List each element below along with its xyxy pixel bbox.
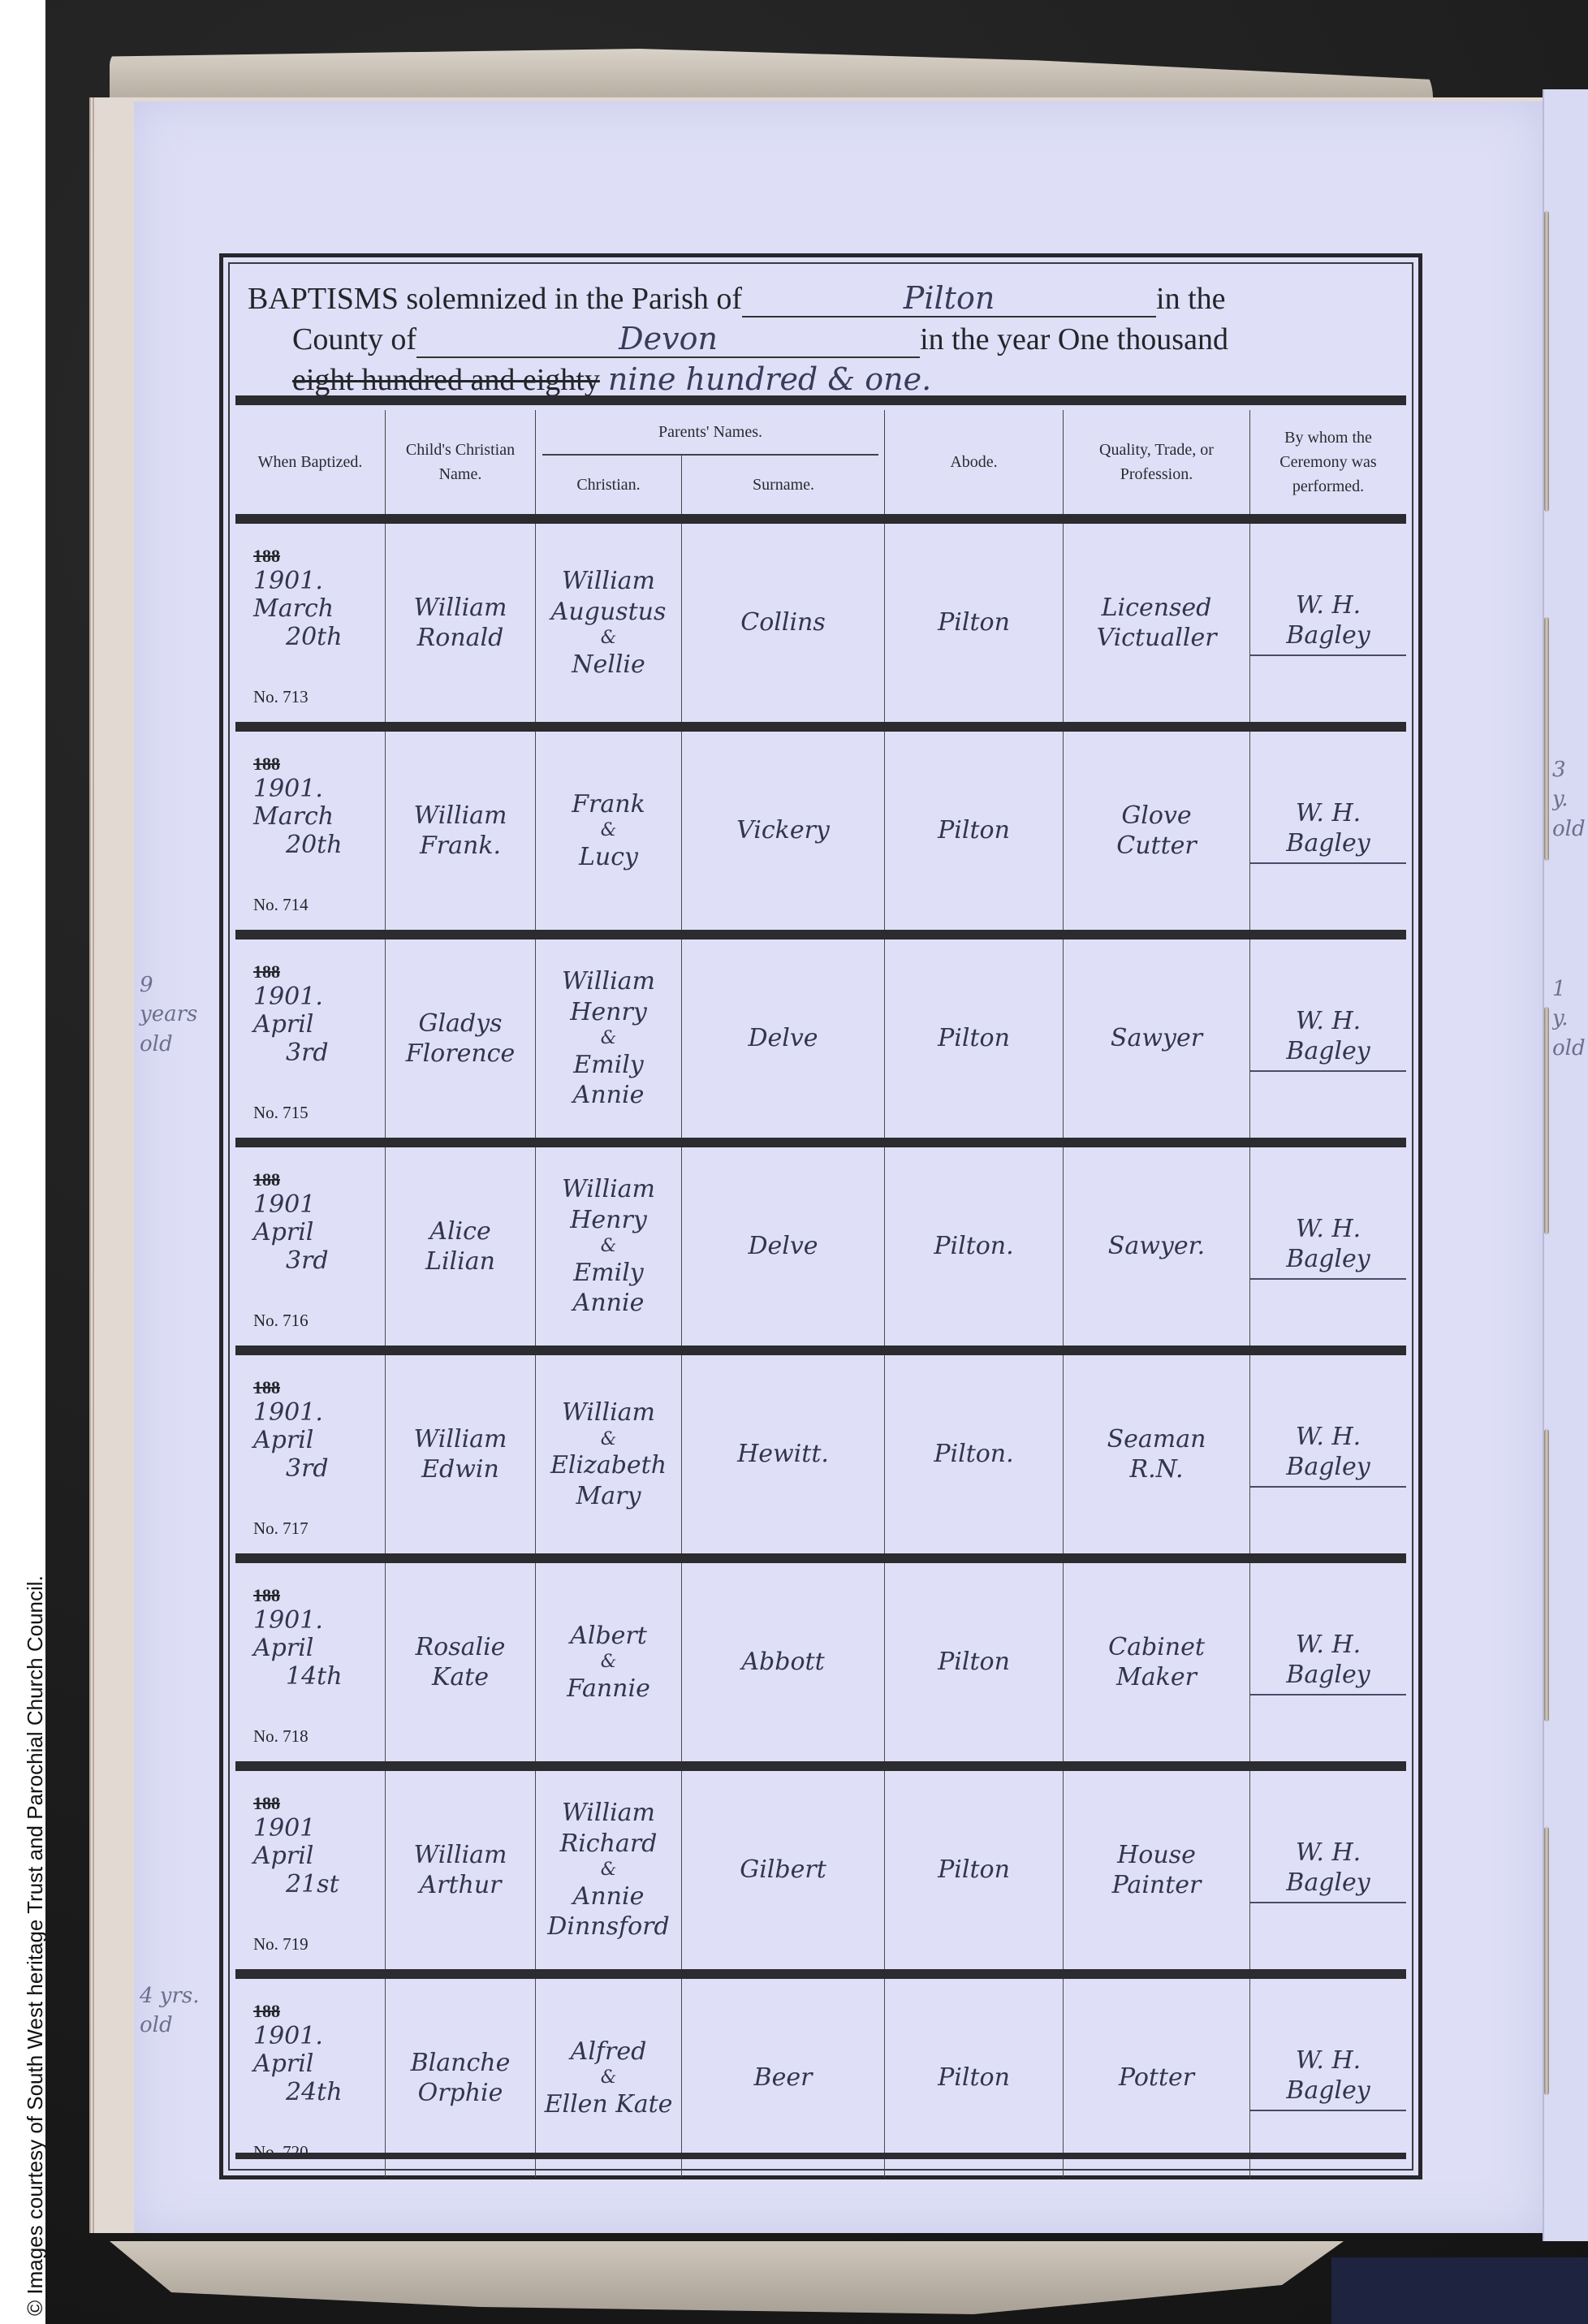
- struck-printed-year: eight hundred and eighty: [292, 363, 600, 397]
- cell-when-baptized: 188 1901 April 3rd No. 716: [235, 1147, 386, 1346]
- cell-abode: Pilton: [885, 1771, 1064, 1969]
- cell-parents-christian: Frank & Lucy: [536, 732, 682, 930]
- entry-number: No. 720: [253, 2141, 309, 2162]
- handwritten-line: Blanche: [411, 2048, 511, 2079]
- header-child-name: Child's Christian Name.: [386, 410, 536, 514]
- baptism-year: 1901.: [253, 983, 323, 1012]
- baptism-month: April: [253, 1842, 313, 1871]
- facing-page-edge: [1543, 89, 1588, 2241]
- cell-parents-christian: William & Elizabeth Mary: [536, 1355, 682, 1553]
- cell-child-name: WilliamEdwin: [386, 1355, 536, 1553]
- handwritten-line: House: [1117, 1840, 1196, 1871]
- abode: Pilton.: [934, 1439, 1013, 1470]
- handwritten-line: Lilian: [425, 1246, 495, 1277]
- ampersand: &: [601, 819, 617, 842]
- handwritten-line: Licensed: [1102, 593, 1212, 624]
- baptism-year: 1901.: [253, 2023, 323, 2051]
- baptism-month: March: [253, 595, 334, 624]
- handwritten-line: Sawyer.: [1108, 1231, 1205, 1262]
- cell-officiant: W. H. Bagley: [1250, 524, 1406, 722]
- baptism-day: 24th: [253, 2079, 343, 2107]
- header-parents-surname: Surname.: [682, 456, 885, 514]
- cell-trade: CabinetMaker: [1064, 1563, 1250, 1761]
- register-heading: BAPTISMS solemnized in the Parish ofPilt…: [248, 274, 1392, 395]
- officiant-signature: W. H. Bagley: [1250, 1630, 1406, 1695]
- cell-trade: LicensedVictualler: [1064, 524, 1250, 722]
- baptism-year: 1901: [253, 1191, 315, 1220]
- ampersand: &: [601, 1428, 617, 1451]
- surname: Hewitt.: [737, 1439, 829, 1470]
- cell-surname: Abbott: [682, 1563, 885, 1761]
- cell-officiant: W. H. Bagley: [1250, 1771, 1406, 1969]
- baptism-month: April: [253, 1427, 313, 1455]
- abode: Pilton: [938, 815, 1010, 846]
- cell-parents-christian: Alfred & Ellen Kate: [536, 1979, 682, 2177]
- row-rule: [235, 1761, 1406, 1771]
- parent-1-name: Alfred: [571, 2037, 647, 2067]
- officiant-signature: W. H. Bagley: [1250, 798, 1406, 864]
- copyright-notice: © Images courtesy of South West heritage…: [23, 1382, 48, 2316]
- officiant-signature: W. H. Bagley: [1250, 590, 1406, 656]
- header-abode: Abode.: [885, 410, 1064, 514]
- year-field: nine hundred & one.: [600, 361, 990, 399]
- parent-2-name: Elizabeth Mary: [536, 1450, 681, 1511]
- row-rule: [235, 514, 1406, 524]
- cell-trade: GloveCutter: [1064, 732, 1250, 930]
- cell-abode: Pilton: [885, 524, 1064, 722]
- entry-number: No. 717: [253, 1518, 309, 1539]
- officiant-signature: W. H. Bagley: [1250, 1838, 1406, 1903]
- cell-officiant: W. H. Bagley: [1250, 732, 1406, 930]
- cell-child-name: WilliamArthur: [386, 1771, 536, 1969]
- heading-text: in the: [1156, 282, 1225, 316]
- cell-trade: Sawyer: [1064, 940, 1250, 1138]
- margin-note-age: 3 y. old: [1552, 755, 1588, 844]
- handwritten-line: William: [413, 593, 507, 624]
- row-rule: [235, 722, 1406, 732]
- ampersand: &: [601, 2067, 617, 2089]
- handwritten-line: Cutter: [1116, 831, 1196, 862]
- table-bottom-rule: [235, 2153, 1406, 2159]
- cell-officiant: W. H. Bagley: [1250, 1355, 1406, 1553]
- handwritten-line: William: [413, 1424, 507, 1455]
- handwritten-line: Kate: [432, 1662, 489, 1693]
- margin-note-age: 4 yrs. old: [140, 1981, 213, 2041]
- cell-abode: Pilton: [885, 1979, 1064, 2177]
- margin-note-age: 9 years old: [140, 970, 213, 1059]
- baptism-year: 1901.: [253, 775, 323, 804]
- cell-when-baptized: 188 1901 April 21st No. 719: [235, 1771, 386, 1969]
- cell-abode: Pilton.: [885, 1147, 1064, 1346]
- cell-surname: Delve: [682, 940, 885, 1138]
- struck-printed-year: 188: [253, 961, 280, 983]
- cell-abode: Pilton: [885, 940, 1064, 1138]
- cell-child-name: RosalieKate: [386, 1563, 536, 1761]
- cell-parents-christian: Albert & Fannie: [536, 1563, 682, 1761]
- struck-printed-year: 188: [253, 753, 280, 775]
- ampersand: &: [601, 1027, 617, 1050]
- struck-printed-year: 188: [253, 1584, 280, 1607]
- heading-rule: [235, 395, 1406, 405]
- handwritten-line: Glove: [1121, 801, 1191, 832]
- heading-line-county: County ofDevonin the year One thousand: [292, 321, 1228, 358]
- entry-number: No. 714: [253, 894, 309, 915]
- header-parents-christian: Christian.: [536, 456, 682, 514]
- table-row: 188 1901. April 24th No. 720 BlancheOrph…: [235, 1969, 1406, 2177]
- handwritten-line: Sawyer: [1111, 1023, 1202, 1054]
- ampersand: &: [601, 1859, 617, 1881]
- handwritten-line: William: [413, 801, 507, 832]
- entry-number: No. 719: [253, 1933, 309, 1955]
- surname: Delve: [748, 1023, 818, 1054]
- handwritten-line: Frank.: [420, 831, 501, 862]
- handwritten-line: Arthur: [419, 1870, 501, 1901]
- baptism-year: 1901: [253, 1815, 315, 1843]
- cell-trade: Sawyer.: [1064, 1147, 1250, 1346]
- table-row: 188 1901 April 21st No. 719 WilliamArthu…: [235, 1761, 1406, 1969]
- column-headers: When Baptized. Child's Christian Name. P…: [235, 410, 1406, 514]
- handwritten-line: R.N.: [1130, 1454, 1184, 1485]
- copyright-strip: © Images courtesy of South West heritage…: [0, 0, 45, 2324]
- cell-surname: Hewitt.: [682, 1355, 885, 1553]
- ampersand: &: [601, 627, 617, 650]
- surname: Beer: [754, 2063, 813, 2093]
- table-row: 188 1901 April 3rd No. 716 AliceLilian W…: [235, 1138, 1406, 1346]
- cell-officiant: W. H. Bagley: [1250, 1147, 1406, 1346]
- handwritten-line: Maker: [1116, 1662, 1197, 1693]
- book-cover-corner: [1331, 2257, 1588, 2324]
- handwritten-line: William: [413, 1840, 507, 1871]
- baptism-register-table: BAPTISMS solemnized in the Parish ofPilt…: [219, 253, 1422, 2179]
- handwritten-line: Florence: [406, 1039, 515, 1069]
- heading-text: in the year One thousand: [920, 322, 1228, 356]
- parent-1-name: Frank: [572, 789, 645, 820]
- header-officiant: By whom the Ceremony was performed.: [1250, 410, 1406, 514]
- baptism-day: 14th: [253, 1663, 343, 1691]
- handwritten-line: Cabinet: [1108, 1632, 1205, 1663]
- cell-officiant: W. H. Bagley: [1250, 940, 1406, 1138]
- baptism-month: April: [253, 1011, 313, 1039]
- binding-stitch: [1544, 211, 1549, 512]
- table-row: 188 1901. April 3rd No. 717 WilliamEdwin…: [235, 1346, 1406, 1553]
- surname: Gilbert: [740, 1855, 826, 1886]
- table-row: 188 1901. March 20th No. 714 WilliamFran…: [235, 722, 1406, 930]
- cell-abode: Pilton: [885, 732, 1064, 930]
- header-trade: Quality, Trade, or Profession.: [1064, 410, 1250, 514]
- surname: Collins: [740, 607, 826, 638]
- cell-when-baptized: 188 1901. April 14th No. 718: [235, 1563, 386, 1761]
- cell-abode: Pilton.: [885, 1355, 1064, 1553]
- surname: Vickery: [736, 815, 830, 846]
- parent-2-name: Ellen Kate: [545, 2089, 673, 2120]
- cell-surname: Collins: [682, 524, 885, 722]
- cell-surname: Delve: [682, 1147, 885, 1346]
- handwritten-line: Potter: [1119, 2063, 1194, 2093]
- entry-number: No. 716: [253, 1310, 309, 1331]
- cell-child-name: AliceLilian: [386, 1147, 536, 1346]
- entry-number: No. 713: [253, 686, 309, 707]
- parent-2-name: Fannie: [567, 1674, 650, 1704]
- cell-abode: Pilton: [885, 1563, 1064, 1761]
- cell-when-baptized: 188 1901. April 3rd No. 717: [235, 1355, 386, 1553]
- cell-officiant: W. H. Bagley: [1250, 1979, 1406, 2177]
- handwritten-line: Rosalie: [416, 1632, 506, 1663]
- abode: Pilton: [938, 1647, 1010, 1678]
- table-row: 188 1901. March 20th No. 713 WilliamRona…: [235, 514, 1406, 722]
- handwritten-line: Ronald: [417, 623, 504, 654]
- cell-child-name: WilliamFrank.: [386, 732, 536, 930]
- parent-2-name: Emily Annie: [536, 1050, 681, 1111]
- row-rule: [235, 1138, 1406, 1147]
- baptism-month: April: [253, 1219, 313, 1247]
- baptism-day: 20th: [253, 832, 343, 860]
- cell-child-name: GladysFlorence: [386, 940, 536, 1138]
- parent-1-name: William Henry: [536, 1174, 681, 1235]
- cell-when-baptized: 188 1901. April 24th No. 720: [235, 1979, 386, 2177]
- officiant-signature: W. H. Bagley: [1250, 2045, 1406, 2111]
- binding-stitch: [1544, 1429, 1549, 1721]
- handwritten-line: Painter: [1112, 1870, 1202, 1901]
- parent-2-name: Emily Annie: [536, 1258, 681, 1319]
- ampersand: &: [601, 1235, 617, 1258]
- struck-printed-year: 188: [253, 1792, 280, 1815]
- header-parents-group: Parents' Names. Christian. Surname.: [536, 410, 885, 514]
- baptism-year: 1901.: [253, 1607, 323, 1635]
- struck-printed-year: 188: [253, 545, 280, 568]
- entry-number: No. 715: [253, 1102, 309, 1123]
- cell-when-baptized: 188 1901. March 20th No. 714: [235, 732, 386, 930]
- row-rule: [235, 1553, 1406, 1563]
- abode: Pilton: [938, 2063, 1010, 2093]
- heading-line-parish: BAPTISMS solemnized in the Parish ofPilt…: [248, 280, 1226, 317]
- cell-surname: Beer: [682, 1979, 885, 2177]
- surname: Delve: [748, 1231, 818, 1262]
- handwritten-line: Orphie: [418, 2078, 503, 2109]
- cell-trade: Potter: [1064, 1979, 1250, 2177]
- struck-printed-year: 188: [253, 2000, 280, 2023]
- binding-stitch: [1544, 1007, 1549, 1234]
- baptism-day: 21st: [253, 1871, 339, 1899]
- binding-stitch: [1544, 617, 1549, 861]
- header-when-baptized: When Baptized.: [235, 410, 386, 514]
- baptism-day: 20th: [253, 624, 343, 652]
- ampersand: &: [601, 1651, 617, 1674]
- table-row: 188 1901. April 3rd No. 715 GladysFloren…: [235, 930, 1406, 1138]
- baptism-year: 1901.: [253, 568, 323, 596]
- abode: Pilton.: [934, 1231, 1013, 1262]
- parent-1-name: William Richard: [536, 1798, 681, 1859]
- baptism-day: 3rd: [253, 1247, 329, 1276]
- abode: Pilton: [938, 1023, 1010, 1054]
- cell-trade: HousePainter: [1064, 1771, 1250, 1969]
- parent-2-name: Nellie: [572, 650, 645, 680]
- baptism-month: April: [253, 2050, 313, 2079]
- cell-when-baptized: 188 1901. March 20th No. 713: [235, 524, 386, 722]
- parent-1-name: Albert: [570, 1621, 647, 1652]
- cell-parents-christian: William Augustus & Nellie: [536, 524, 682, 722]
- cell-trade: SeamanR.N.: [1064, 1355, 1250, 1553]
- abode: Pilton: [938, 1855, 1010, 1886]
- handwritten-line: Edwin: [421, 1454, 499, 1485]
- baptism-day: 3rd: [253, 1039, 329, 1068]
- cell-surname: Gilbert: [682, 1771, 885, 1969]
- table-row: 188 1901. April 14th No. 718 RosalieKate…: [235, 1553, 1406, 1761]
- cell-parents-christian: William Henry & Emily Annie: [536, 940, 682, 1138]
- heading-line-year: eight hundred and eightynine hundred & o…: [292, 361, 990, 399]
- officiant-signature: W. H. Bagley: [1250, 1422, 1406, 1488]
- cell-surname: Vickery: [682, 732, 885, 930]
- handwritten-line: Seaman: [1107, 1424, 1206, 1455]
- heading-text: BAPTISMS solemnized in the Parish of: [248, 282, 742, 316]
- abode: Pilton: [938, 607, 1010, 638]
- cell-officiant: W. H. Bagley: [1250, 1563, 1406, 1761]
- handwritten-line: Alice: [429, 1216, 490, 1247]
- struck-printed-year: 188: [253, 1168, 280, 1191]
- parent-2-name: Lucy: [579, 842, 638, 873]
- baptism-month: March: [253, 803, 334, 832]
- parent-1-name: William Henry: [536, 966, 681, 1027]
- parent-1-name: William Augustus: [536, 566, 681, 627]
- margin-note-age: 1 y. old: [1552, 974, 1588, 1063]
- baptism-year: 1901.: [253, 1399, 323, 1428]
- heading-text: County of: [292, 322, 416, 356]
- struck-printed-year: 188: [253, 1376, 280, 1399]
- parent-2-name: Annie Dinnsford: [536, 1881, 681, 1942]
- cell-parents-christian: William Henry & Emily Annie: [536, 1147, 682, 1346]
- county-field: Devon: [416, 321, 920, 358]
- row-rule: [235, 930, 1406, 940]
- handwritten-line: Gladys: [419, 1009, 503, 1039]
- officiant-signature: W. H. Bagley: [1250, 1214, 1406, 1280]
- cell-parents-christian: William Richard & Annie Dinnsford: [536, 1771, 682, 1969]
- cell-child-name: BlancheOrphie: [386, 1979, 536, 2177]
- entry-number: No. 718: [253, 1726, 309, 1747]
- row-rule: [235, 1969, 1406, 1979]
- handwritten-line: Victualler: [1096, 623, 1216, 654]
- cell-when-baptized: 188 1901. April 3rd No. 715: [235, 940, 386, 1138]
- binding-stitch: [1544, 1827, 1549, 2095]
- officiant-signature: W. H. Bagley: [1250, 1006, 1406, 1072]
- row-rule: [235, 1346, 1406, 1355]
- parish-field: Pilton: [742, 280, 1156, 317]
- baptism-day: 3rd: [253, 1455, 329, 1484]
- baptism-month: April: [253, 1635, 313, 1663]
- header-parents-names: Parents' Names.: [542, 410, 878, 456]
- parent-1-name: William: [562, 1397, 655, 1428]
- cell-child-name: WilliamRonald: [386, 524, 536, 722]
- surname: Abbott: [741, 1647, 824, 1678]
